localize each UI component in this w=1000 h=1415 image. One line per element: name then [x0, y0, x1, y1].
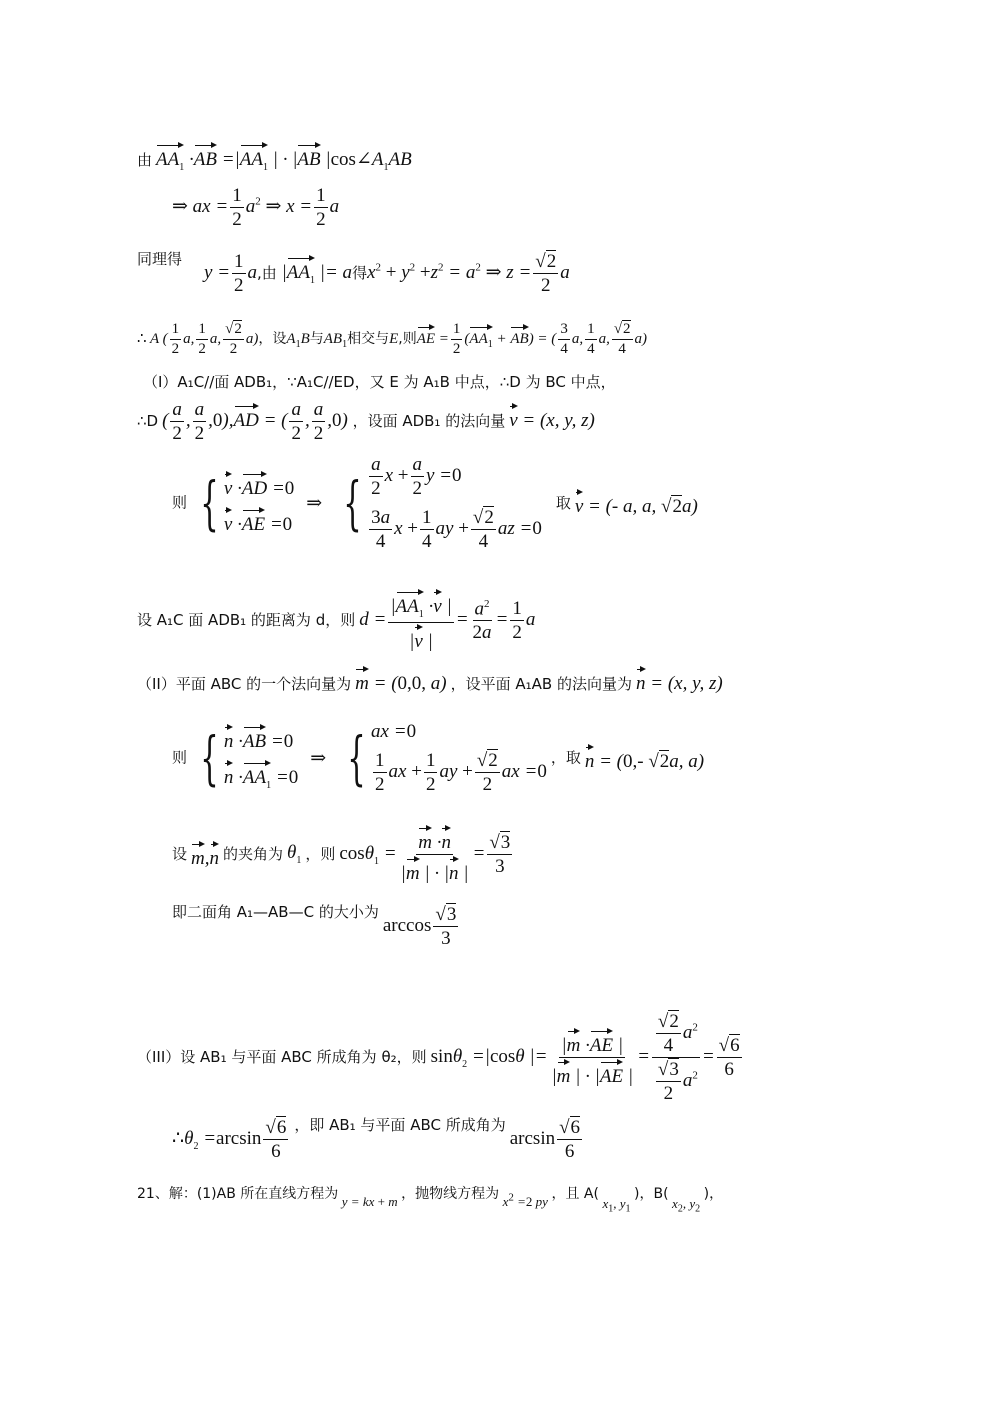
equation-system-2: 则 { n ·AB =0n ·AA1 =0 ⇒ { ax =0 12ax +12… — [172, 722, 704, 794]
text-q21-d: )，B( — [634, 1186, 669, 1202]
part-1-statement: （I）A₁C//面 ADB₁，∵A₁C//ED，又 E 为 A₁B 中点，∴D … — [143, 375, 616, 390]
math-point-a-coords: x1, y1 — [602, 1196, 630, 1211]
math-arcsin: arcsin√66 — [510, 1128, 584, 1149]
math-solve-x: ⇒ ax =12a2 ⇒ x =12a — [172, 196, 339, 217]
text-qu-2: ，取 — [551, 749, 581, 767]
text-qu: 取 — [556, 494, 571, 512]
dihedral-angle-result: 即二面角 A₁—AB—C 的大小为 arccos√33 — [172, 905, 460, 948]
text-q21-c: ，且 A( — [551, 1186, 599, 1202]
math-theta2: ∴θ2 =arcsin√66 — [172, 1128, 290, 1149]
equation-theta2-result: ∴θ2 =arcsin√66 ，即 AB₁ 与平面 ABC 所成角为 arcsi… — [172, 1118, 584, 1161]
text-q21-a: 21、解：(1)AB 所在直线方程为 — [137, 1186, 338, 1202]
math-arccos: arccos√33 — [383, 915, 460, 936]
text-ze: 则 — [172, 494, 187, 512]
text-ze-comma: ，则 — [305, 845, 335, 863]
part-2-statement: （II）平面 ABC 的一个法向量为 m = (0,0, a) ，设平面 A₁A… — [137, 667, 723, 693]
system-right-1: { a2x +a2y =0 3a4x +14ay +√24az =0 — [334, 455, 542, 551]
text-q21-b: ，抛物线方程为 — [401, 1186, 499, 1202]
text-normal-v: ，设面 ADB₁ 的法向量 — [353, 412, 506, 430]
math-cos-theta1: cosθ1 =m ·n|m | · |n |=√33 — [339, 843, 514, 864]
system-left-2: { n ·AB =0n ·AA1 =0 — [191, 725, 298, 791]
text-angle: 的夹角为 — [223, 845, 283, 863]
text-tongli: 同理得 — [137, 250, 182, 268]
math-v-value: v = (- a, a, √2a) — [575, 496, 698, 517]
text-part2-b: ，设平面 A₁AB 的法向量为 — [451, 675, 632, 693]
math-point-d: (a2,a2,0),AD = (a2,a2,0) — [162, 410, 352, 431]
text-d-label: ∴D — [137, 412, 158, 430]
text-she: 设 — [172, 845, 187, 863]
text-you: 由 — [137, 151, 152, 169]
system-left-1: { v ·AD =0v ·AE =0 — [191, 472, 294, 534]
text-part3: （III）设 AB₁ 与平面 ABC 所成角为 θ₂，则 — [137, 1048, 427, 1066]
math-dot-product: AA1 ·AB =|AA1 | · |AB |cos∠A1AB — [156, 149, 412, 170]
text-ji: ，即 AB₁ 与平面 ABC 所成角为 — [294, 1116, 505, 1134]
text-q21-e: )， — [704, 1186, 723, 1202]
equation-system-1: 则 { v ·AD =0v ·AE =0 ⇒ { a2x +a2y =0 3a4… — [172, 455, 698, 551]
math-n-value: n = (0,- √2a, a) — [585, 751, 704, 772]
math-line-eq: y = kx + m — [342, 1194, 398, 1209]
equation-line-3: 同理得 y =12a,由 |AA1 |= a得x2 + y2 +z2 = a2 … — [137, 252, 570, 295]
math-solve-yz: y =12a,由 |AA1 |= a得x2 + y2 +z2 = a2 ⇒ z … — [204, 262, 570, 283]
part-3-statement: （III）设 AB₁ 与平面 ABC 所成角为 θ₂，则 sinθ2 =|cos… — [137, 1012, 744, 1103]
math-m-vector: m = (0,0, a) — [355, 673, 446, 694]
math-point-b-coords: x2, y2 — [672, 1196, 700, 1211]
question-21-start: 21、解：(1)AB 所在直线方程为 y = kx + m ，抛物线方程为 x2… — [137, 1187, 723, 1215]
math-sin-theta2: sinθ2 =|cosθ |=|m ·AE ||m | · |AE |=√24a… — [431, 1046, 744, 1067]
math-n-def: n = (x, y, z) — [636, 673, 723, 694]
equation-line-2: ⇒ ax =12a2 ⇒ x =12a — [172, 186, 339, 229]
math-distance: d =|AA1 ·v ||v |=a22a=12a — [359, 609, 535, 630]
math-point-a-and-ae: ∴ A (12a,12a,√22a)，设A1B与AB1相交与E,则AE =12(… — [137, 331, 647, 347]
math-v-def: v = (x, y, z) — [509, 410, 595, 431]
text-ze-2: 则 — [172, 749, 187, 767]
equation-line-6: ∴D (a2,a2,0),AD = (a2,a2,0) ，设面 ADB₁ 的法向… — [137, 400, 595, 443]
equation-line-distance: 设 A₁C 面 ADB₁ 的距离为 d，则 d =|AA1 ·v ||v |=a… — [137, 590, 535, 651]
math-parabola: x2 =2 py — [503, 1194, 548, 1209]
equation-line-1: 由 AA1 ·AB =|AA1 | · |AB |cos∠A1AB — [137, 143, 412, 173]
equation-line-4: ∴ A (12a,12a,√22a)，设A1B与AB1相交与E,则AE =12(… — [137, 322, 647, 357]
text-distance: 设 A₁C 面 ADB₁ 的距离为 d，则 — [137, 611, 355, 629]
equation-angle-theta1: 设 m,n 的夹角为 θ1 ，则 cosθ1 =m ·n|m | · |n |=… — [172, 826, 514, 883]
text-part2-a: （II）平面 ABC 的一个法向量为 — [137, 675, 351, 693]
system-right-2: { ax =0 12ax +12ay +√22ax =0 — [338, 722, 547, 794]
text-dihedral: 即二面角 A₁—AB—C 的大小为 — [172, 903, 379, 921]
